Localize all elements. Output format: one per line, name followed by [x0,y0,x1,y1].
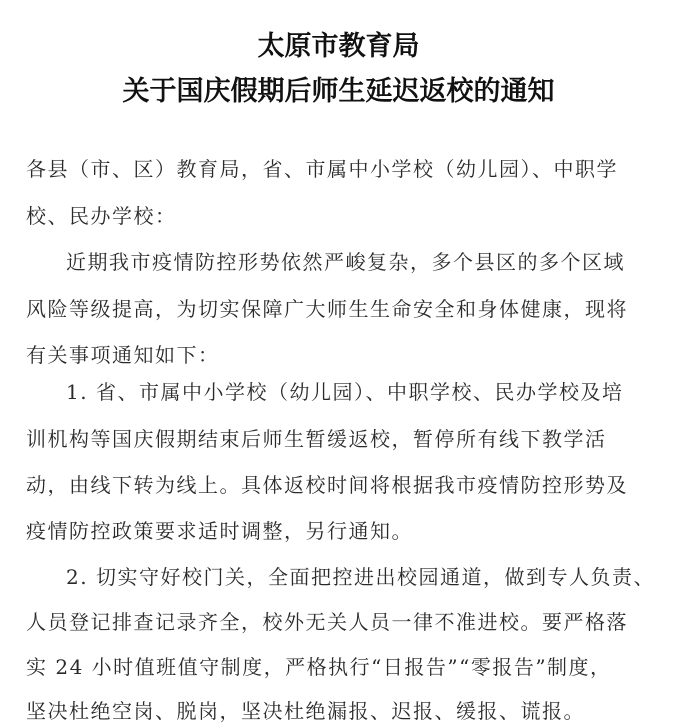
paragraph-line: 近期我市疫情防控形势依然严峻复杂，多个县区的多个区域 [66,248,677,276]
paragraph-line: 实 24 小时值班值守制度，严格执行“日报告”“零报告”制度， [26,653,656,681]
paragraph-line: 坚决杜绝空岗、脱岗，坚决杜绝漏报、迟报、缓报、谎报。 [26,697,656,725]
paragraph-line: 动，由线下转为线上。具体返校时间将根据我市疫情防控形势及 [26,471,656,499]
paragraph-line: 风险等级提高，为切实保障广大师生生命安全和身体健康，现将 [26,295,656,323]
paragraph-line: 2. 切实守好校门关，全面把控进出校园通道，做到专人负责、 [66,563,677,591]
paragraph-line: 疫情防控政策要求适时调整，另行通知。 [26,517,656,545]
salutation-line: 校、民办学校： [26,202,656,230]
paragraph-line: 人员登记排查记录齐全，校外无关人员一律不准进校。要严格落 [26,608,656,636]
salutation-line: 各县（市、区）教育局，省、市属中小学校（幼儿园）、中职学 [26,155,656,183]
paragraph-line: 训机构等国庆假期结束后师生暂缓返校，暂停所有线下教学活 [26,425,656,453]
document-title-issuer: 太原市教育局 [0,30,677,64]
paragraph-line: 有关事项通知如下： [26,341,656,369]
document-title-subject: 关于国庆假期后师生延迟返校的通知 [0,75,677,109]
paragraph-line: 1. 省、市属中小学校（幼儿园）、中职学校、民办学校及培 [66,378,677,406]
